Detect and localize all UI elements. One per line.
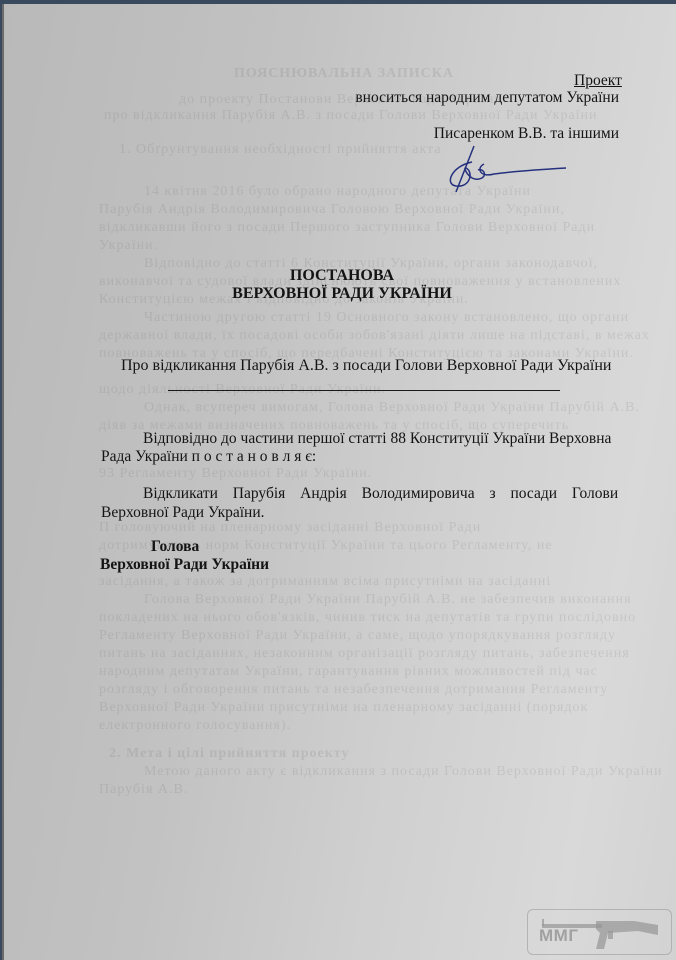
bleed-through-text: електронного голосування).: [99, 718, 291, 734]
signature-icon: [442, 144, 567, 194]
body-paragraph-1-line-1: Відповідно до частини першої статті 88 К…: [143, 430, 611, 448]
document-type-title: ПОСТАНОВА: [4, 267, 676, 285]
bleed-through-text: 93 Регламенту Верховної Ради України.: [99, 466, 372, 482]
bleed-through-text: Регламенту Верховної Ради України, а сам…: [99, 628, 616, 644]
bleed-through-text: 1. Обґрунтування необхідності прийняття …: [119, 142, 442, 158]
subject-underline: [168, 390, 560, 391]
signatory-body: Верховної Ради України: [100, 556, 269, 574]
project-label: Проект: [574, 72, 622, 90]
bleed-through-text: Частиною другою статті 19 Основного зако…: [144, 310, 629, 326]
document-page: ПОЯСНЮВАЛЬНА ЗАПИСКА до проекту Постанов…: [2, 4, 676, 960]
bleed-through-text: народним депутатам України, гарантування…: [99, 664, 598, 680]
bleed-through-text: Верховної Ради України присутніми на пле…: [99, 700, 588, 716]
watermark-text: ММГ: [539, 926, 578, 946]
body-paragraph-2-line-2: Верховної Ради України.: [101, 504, 265, 522]
bleed-through-text: державної влади, їх посадові особи зобов…: [99, 328, 650, 344]
bleed-through-text: Однак, всупереч вимогам, Голова Верховно…: [144, 400, 640, 416]
bleed-through-text: Парубія Андрія Володимировича Головою Ве…: [99, 202, 565, 218]
document-subject: Про відкликання Парубія А.В. з посади Го…: [121, 357, 611, 375]
body-paragraph-1-line-2: Рада України п о с т а н о в л я є:: [101, 448, 316, 466]
body-paragraph-2-line-1: Відкликати Парубія Андрія Володимировича…: [143, 485, 618, 503]
bleed-through-text: про відкликання Парубія А.В. з посади Го…: [104, 108, 598, 124]
bleed-through-text: ПОЯСНЮВАЛЬНА ЗАПИСКА: [234, 66, 454, 82]
bleed-through-text: України.: [99, 238, 158, 254]
bleed-through-text: Парубія А.В.: [99, 782, 188, 798]
submitted-by-line: вноситься народним депутатом України: [355, 89, 619, 107]
bleed-through-text: Метою даного акту є відкликання з посади…: [144, 764, 663, 780]
signatory-title: Голова: [151, 538, 199, 556]
bleed-through-text: розгляду і обговорення питань та незабез…: [99, 682, 608, 698]
bleed-through-text: покладених на нього обов'язків, чинив ти…: [99, 610, 636, 626]
bleed-through-text: П головуючий на пленарному засіданні Вер…: [99, 520, 481, 536]
bleed-through-text: 2. Мета і цілі прийняття проекту: [109, 746, 349, 762]
bleed-through-text: Голова Верховної Ради України Парубій А.…: [144, 592, 632, 608]
bleed-through-text: питань на засіданнях, незаконним організ…: [99, 646, 630, 662]
bleed-through-text: відкликавши його з посади Першого заступ…: [99, 220, 595, 236]
submitted-by-names: Писаренком В.В. та іншими: [434, 125, 619, 143]
watermark-logo: ММГ: [527, 909, 672, 955]
issuing-body-title: ВЕРХОВНОЇ РАДИ УКРАЇНИ: [4, 285, 676, 303]
bleed-through-text: засідання, а також за дотриманням всіма …: [99, 574, 551, 590]
